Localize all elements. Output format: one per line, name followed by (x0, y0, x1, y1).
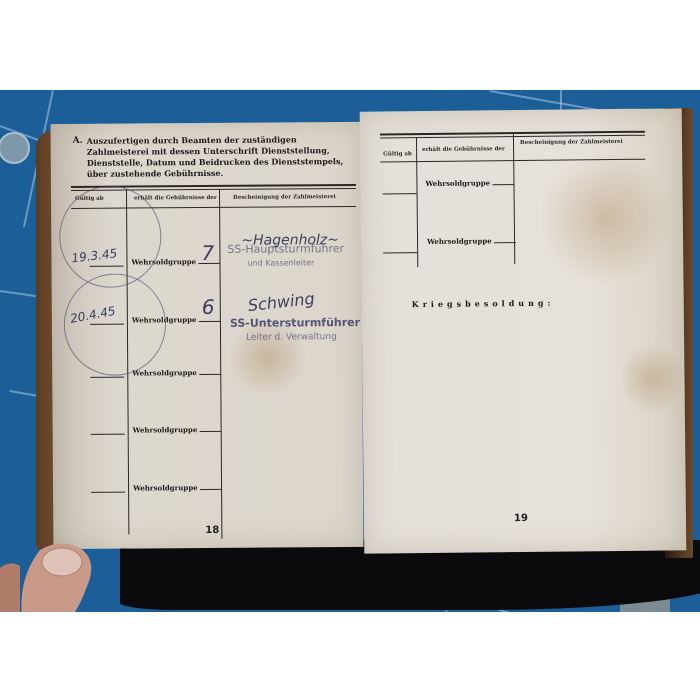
header-bescheinigung: Bescheinigung der Zahlmeisterei (520, 139, 623, 146)
paper-stain (622, 338, 683, 419)
page-18: A. Auszufertigen durch Beamten der zustä… (51, 122, 364, 549)
instruction-block: A. Auszufertigen durch Beamten der zustä… (73, 134, 358, 180)
wehrsoldgruppe-row-2: Wehrsoldgruppe (427, 236, 516, 246)
official-stamp-2 (64, 273, 167, 376)
wehrsoldgruppe-row-3: Wehrsoldgruppe (132, 368, 221, 378)
row-date-line (383, 252, 417, 253)
mat-marker (0, 132, 30, 164)
row-date-line (90, 377, 124, 378)
row-date-line (91, 434, 125, 435)
handwritten-group-2: 6 (202, 295, 215, 319)
page-number: 18 (205, 525, 219, 536)
wehrsoldgruppe-row-5: Wehrsoldgruppe (133, 483, 222, 493)
handwritten-group-1: 7 (201, 241, 214, 265)
thumb (0, 538, 100, 612)
signature-1: ~Hagenholz~ (241, 232, 339, 249)
signature-2: Schwing (247, 289, 316, 315)
instruction-letter: A. (73, 136, 83, 147)
row-date-line (383, 193, 417, 194)
header-gebuehrnisse: erhält die Gebührnisse der (422, 146, 505, 153)
official-stamp-1 (59, 185, 162, 288)
header-gueltig-ab: Gültig ab (383, 151, 412, 157)
cert-role-2: Leiter d. Verwaltung (246, 332, 337, 343)
photo: A. Auszufertigen durch Beamten der zustä… (0, 90, 700, 612)
wehrsoldgruppe-row-1: Wehrsoldgruppe (425, 178, 514, 188)
wehrsoldgruppe-row-4: Wehrsoldgruppe (133, 425, 222, 435)
cert-role-1: und Kassenleiter (247, 258, 314, 267)
cert-rank-2: SS-Untersturmführer (230, 316, 360, 330)
paper-stain (540, 148, 671, 289)
row-date-line (91, 492, 125, 493)
instruction-text: Auszufertigen durch Beamten der zuständi… (87, 134, 358, 180)
kriegsbesoldung-title: Kriegsbesoldung: (412, 298, 555, 309)
header-bescheinigung: Bescheinigung der Zahlmeisterei (233, 194, 336, 201)
page-number: 19 (514, 513, 528, 524)
page-19: Gültig ab erhält die Gebührnisse der Bes… (360, 108, 687, 553)
mat-grid-line (560, 90, 562, 110)
column-divider (416, 137, 418, 267)
